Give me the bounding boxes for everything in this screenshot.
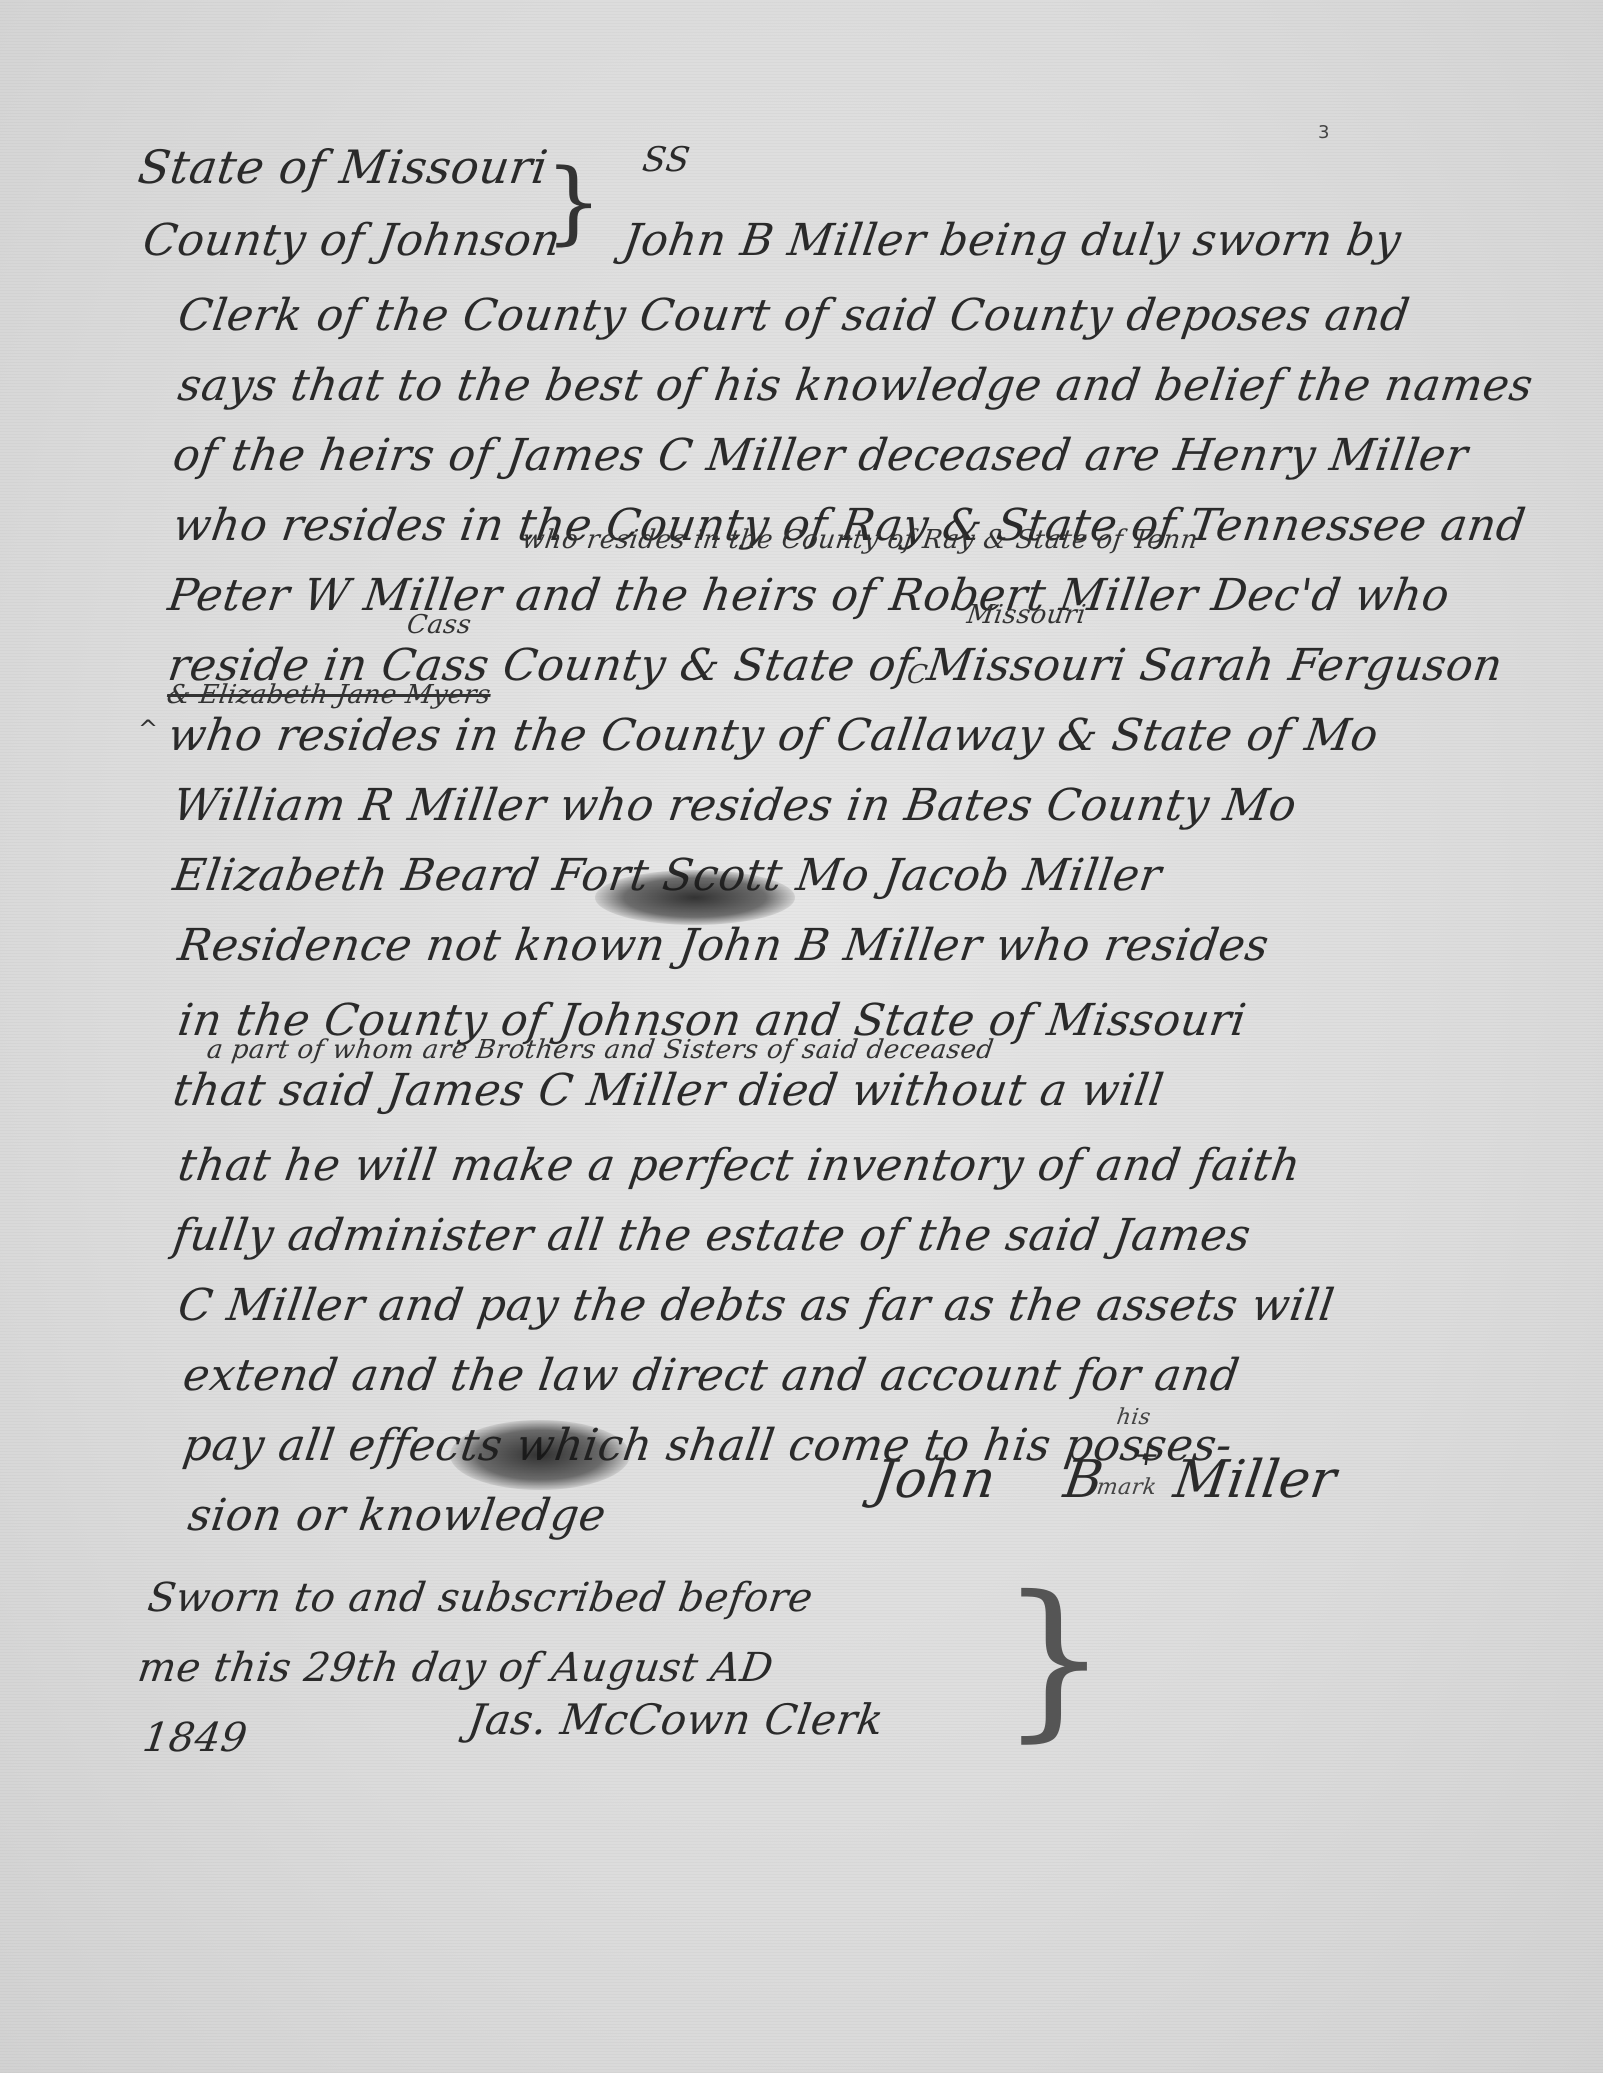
- body-line-14: that he will make a perfect inventory of…: [175, 1140, 1304, 1191]
- ink-blot-2: [450, 1420, 630, 1490]
- jurat-line-2: me this 29th day of August AD: [135, 1645, 776, 1691]
- body-line-1: John B Miller being duly sworn by: [620, 215, 1404, 266]
- body-line-6: Peter W Miller and the heirs of Robert M…: [165, 570, 1453, 621]
- caption-county: County of Johnson: [140, 215, 564, 266]
- body-line-13: that said James C Miller died without a …: [170, 1065, 1167, 1116]
- caption-ss: SS: [640, 140, 693, 180]
- insertion-caret: ^: [138, 715, 158, 743]
- body-line-9: William R Miller who resides in Bates Co…: [170, 780, 1300, 831]
- signature-last-name: Miller: [1170, 1450, 1340, 1510]
- insertion-heirs-clause: a part of whom are Brothers and Sisters …: [205, 1035, 996, 1065]
- body-line-16: C Miller and pay the debts as far as the…: [175, 1280, 1338, 1331]
- body-line-2: Clerk of the County Court of said County…: [175, 290, 1413, 341]
- jurat-clerk-signature: Jas. McCown Clerk: [465, 1695, 887, 1744]
- ink-blot-1: [595, 870, 795, 925]
- page-number-mark: 3: [1318, 122, 1329, 143]
- jurat-year: 1849: [140, 1715, 250, 1761]
- insertion-cass: Cass: [405, 610, 473, 640]
- signature-first-name: John: [870, 1450, 1000, 1510]
- body-line-8: who resides in the County of Callaway & …: [165, 710, 1381, 761]
- document-page: 3 State of Missouri SS } County of Johns…: [0, 0, 1603, 2073]
- body-line-15: fully administer all the estate of the s…: [170, 1210, 1254, 1261]
- signature-mark-cross: +: [1132, 1438, 1163, 1473]
- body-line-19: sion or knowledge: [185, 1490, 609, 1541]
- body-line-17: extend and the law direct and account fo…: [180, 1350, 1243, 1401]
- signature-his: his: [1115, 1405, 1153, 1430]
- insertion-elizabeth-jane: & Elizabeth Jane Myers: [165, 680, 493, 710]
- insertion-missouri: Missouri: [965, 600, 1088, 630]
- body-line-11: Residence not known John B Miller who re…: [175, 920, 1272, 971]
- insertion-peter-residence: who resides in the County of Ray & State…: [520, 525, 1200, 555]
- signature-mark-label: mark: [1095, 1475, 1158, 1500]
- jurat-brace: }: [1000, 1560, 1108, 1758]
- caption-state: State of Missouri: [135, 140, 551, 194]
- body-line-3: says that to the best of his knowledge a…: [175, 360, 1536, 411]
- insertion-callaway-c: C: [905, 660, 930, 690]
- body-line-4: of the heirs of James C Miller deceased …: [170, 430, 1471, 481]
- jurat-line-1: Sworn to and subscribed before: [145, 1575, 816, 1621]
